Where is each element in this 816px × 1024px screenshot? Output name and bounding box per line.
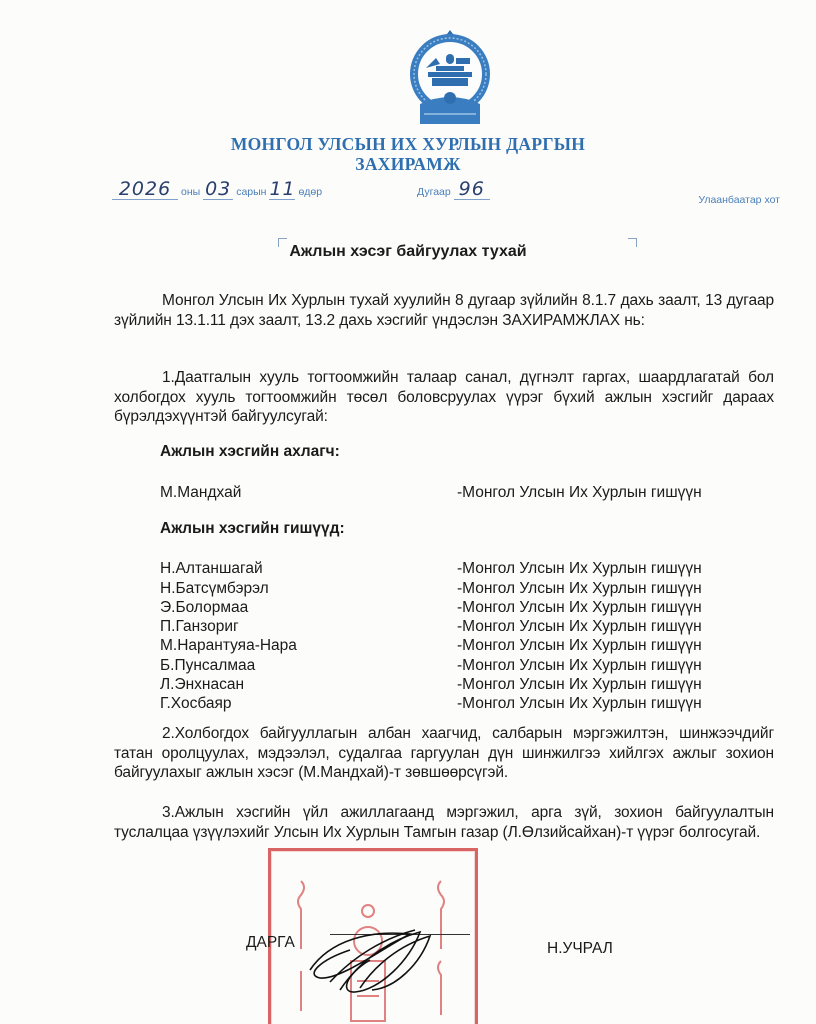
member-row: Э.Болормаа-Монгол Улсын Их Хурлын гишүүн: [160, 598, 760, 617]
member-row: М.Нарантуяа-Нара-Монгол Улсын Их Хурлын …: [160, 636, 760, 655]
member-name: М.Нарантуяа-Нара: [160, 636, 297, 655]
leader-role: -Монгол Улсын Их Хурлын гишүүн: [457, 483, 702, 502]
member-role: -Монгол Улсын Их Хурлын гишүүн: [457, 675, 702, 694]
member-row: Г.Хосбаяр-Монгол Улсын Их Хурлын гишүүн: [160, 694, 760, 713]
member-role: -Монгол Улсын Их Хурлын гишүүн: [457, 579, 702, 598]
member-role: -Монгол Улсын Их Хурлын гишүүн: [457, 656, 702, 675]
clause-1-paragraph: 1.Даатгалын хууль тогтоомжийн талаар сан…: [114, 368, 774, 427]
preamble-text: Монгол Улсын Их Хурлын тухай хуулийн 8 д…: [114, 292, 774, 329]
city-label: Улаанбаатар хот: [698, 194, 780, 206]
clause-3-paragraph: 3.Ажлын хэсгийн үйл ажиллагаанд мэргэжил…: [114, 803, 774, 842]
signatory-name: Н.УЧРАЛ: [547, 940, 613, 958]
year-label: оны: [181, 186, 200, 198]
header-title-line2: ЗАХИРАМЖ: [0, 154, 816, 174]
meta-row: 2026оны03сарын11өдөр Дугаар96: [0, 178, 816, 204]
member-name: Н.Алтаншагай: [160, 559, 263, 578]
member-row: Б.Пунсалмаа-Монгол Улсын Их Хурлын гишүү…: [160, 656, 760, 675]
clause-2-paragraph: 2.Холбогдох байгууллагын албан хаагчид, …: [114, 724, 774, 783]
clause-2-text: 2.Холбогдох байгууллагын албан хаагчид, …: [114, 725, 774, 781]
member-name: Г.Хосбаяр: [160, 694, 232, 713]
handwritten-signature: [300, 920, 450, 1000]
member-name: Б.Пунсалмаа: [160, 656, 255, 675]
member-name: Э.Болормаа: [160, 598, 248, 617]
number-value: 96: [454, 179, 490, 200]
member-row: Н.Батсүмбэрэл-Монгол Улсын Их Хурлын гиш…: [160, 579, 760, 598]
member-name: Л.Энхнасан: [160, 675, 244, 694]
leader-row: М.Мандхай -Монгол Улсын Их Хурлын гишүүн: [160, 483, 760, 502]
day-value: 11: [269, 179, 295, 200]
member-row: П.Ганзориг-Монгол Улсын Их Хурлын гишүүн: [160, 617, 760, 636]
year-value: 2026: [112, 179, 178, 200]
header-title-line1: МОНГОЛ УЛСЫН ИХ ХУРЛЫН ДАРГЫН: [231, 134, 585, 154]
member-row: Н.Алтаншагай-Монгол Улсын Их Хурлын гишү…: [160, 559, 760, 578]
state-emblem-icon: [406, 28, 494, 128]
document-header: МОНГОЛ УЛСЫН ИХ ХУРЛЫН ДАРГЫН ЗАХИРАМЖ: [0, 134, 816, 174]
document-subject: Ажлын хэсэг байгуулах тухай: [0, 243, 816, 261]
member-role: -Монгол Улсын Их Хурлын гишүүн: [457, 559, 702, 578]
decree-document: МОНГОЛ УЛСЫН ИХ ХУРЛЫН ДАРГЫН ЗАХИРАМЖ 2…: [0, 0, 816, 1024]
clause-3-text: 3.Ажлын хэсгийн үйл ажиллагаанд мэргэжил…: [114, 804, 774, 841]
member-role: -Монгол Улсын Их Хурлын гишүүн: [457, 694, 702, 713]
member-role: -Монгол Улсын Их Хурлын гишүүн: [457, 598, 702, 617]
month-label: сарын: [236, 186, 266, 198]
member-name: П.Ганзориг: [160, 617, 239, 636]
month-value: 03: [203, 179, 233, 200]
number-field: Дугаар96: [414, 179, 490, 200]
member-row: Л.Энхнасан-Монгол Улсын Их Хурлын гишүүн: [160, 675, 760, 694]
day-label: өдөр: [298, 186, 322, 198]
number-label: Дугаар: [417, 186, 451, 198]
clause-1-text: 1.Даатгалын хууль тогтоомжийн талаар сан…: [114, 369, 774, 425]
members-heading: Ажлын хэсгийн гишүүд:: [160, 520, 345, 538]
member-role: -Монгол Улсын Их Хурлын гишүүн: [457, 636, 702, 655]
preamble-paragraph: Монгол Улсын Их Хурлын тухай хуулийн 8 д…: [114, 291, 774, 330]
date-field: 2026оны03сарын11өдөр: [112, 179, 325, 200]
signatory-title: ДАРГА: [246, 934, 295, 952]
leader-name: М.Мандхай: [160, 483, 241, 502]
member-role: -Монгол Улсын Их Хурлын гишүүн: [457, 617, 702, 636]
leader-heading: Ажлын хэсгийн ахлагч:: [160, 443, 340, 461]
member-name: Н.Батсүмбэрэл: [160, 579, 269, 598]
